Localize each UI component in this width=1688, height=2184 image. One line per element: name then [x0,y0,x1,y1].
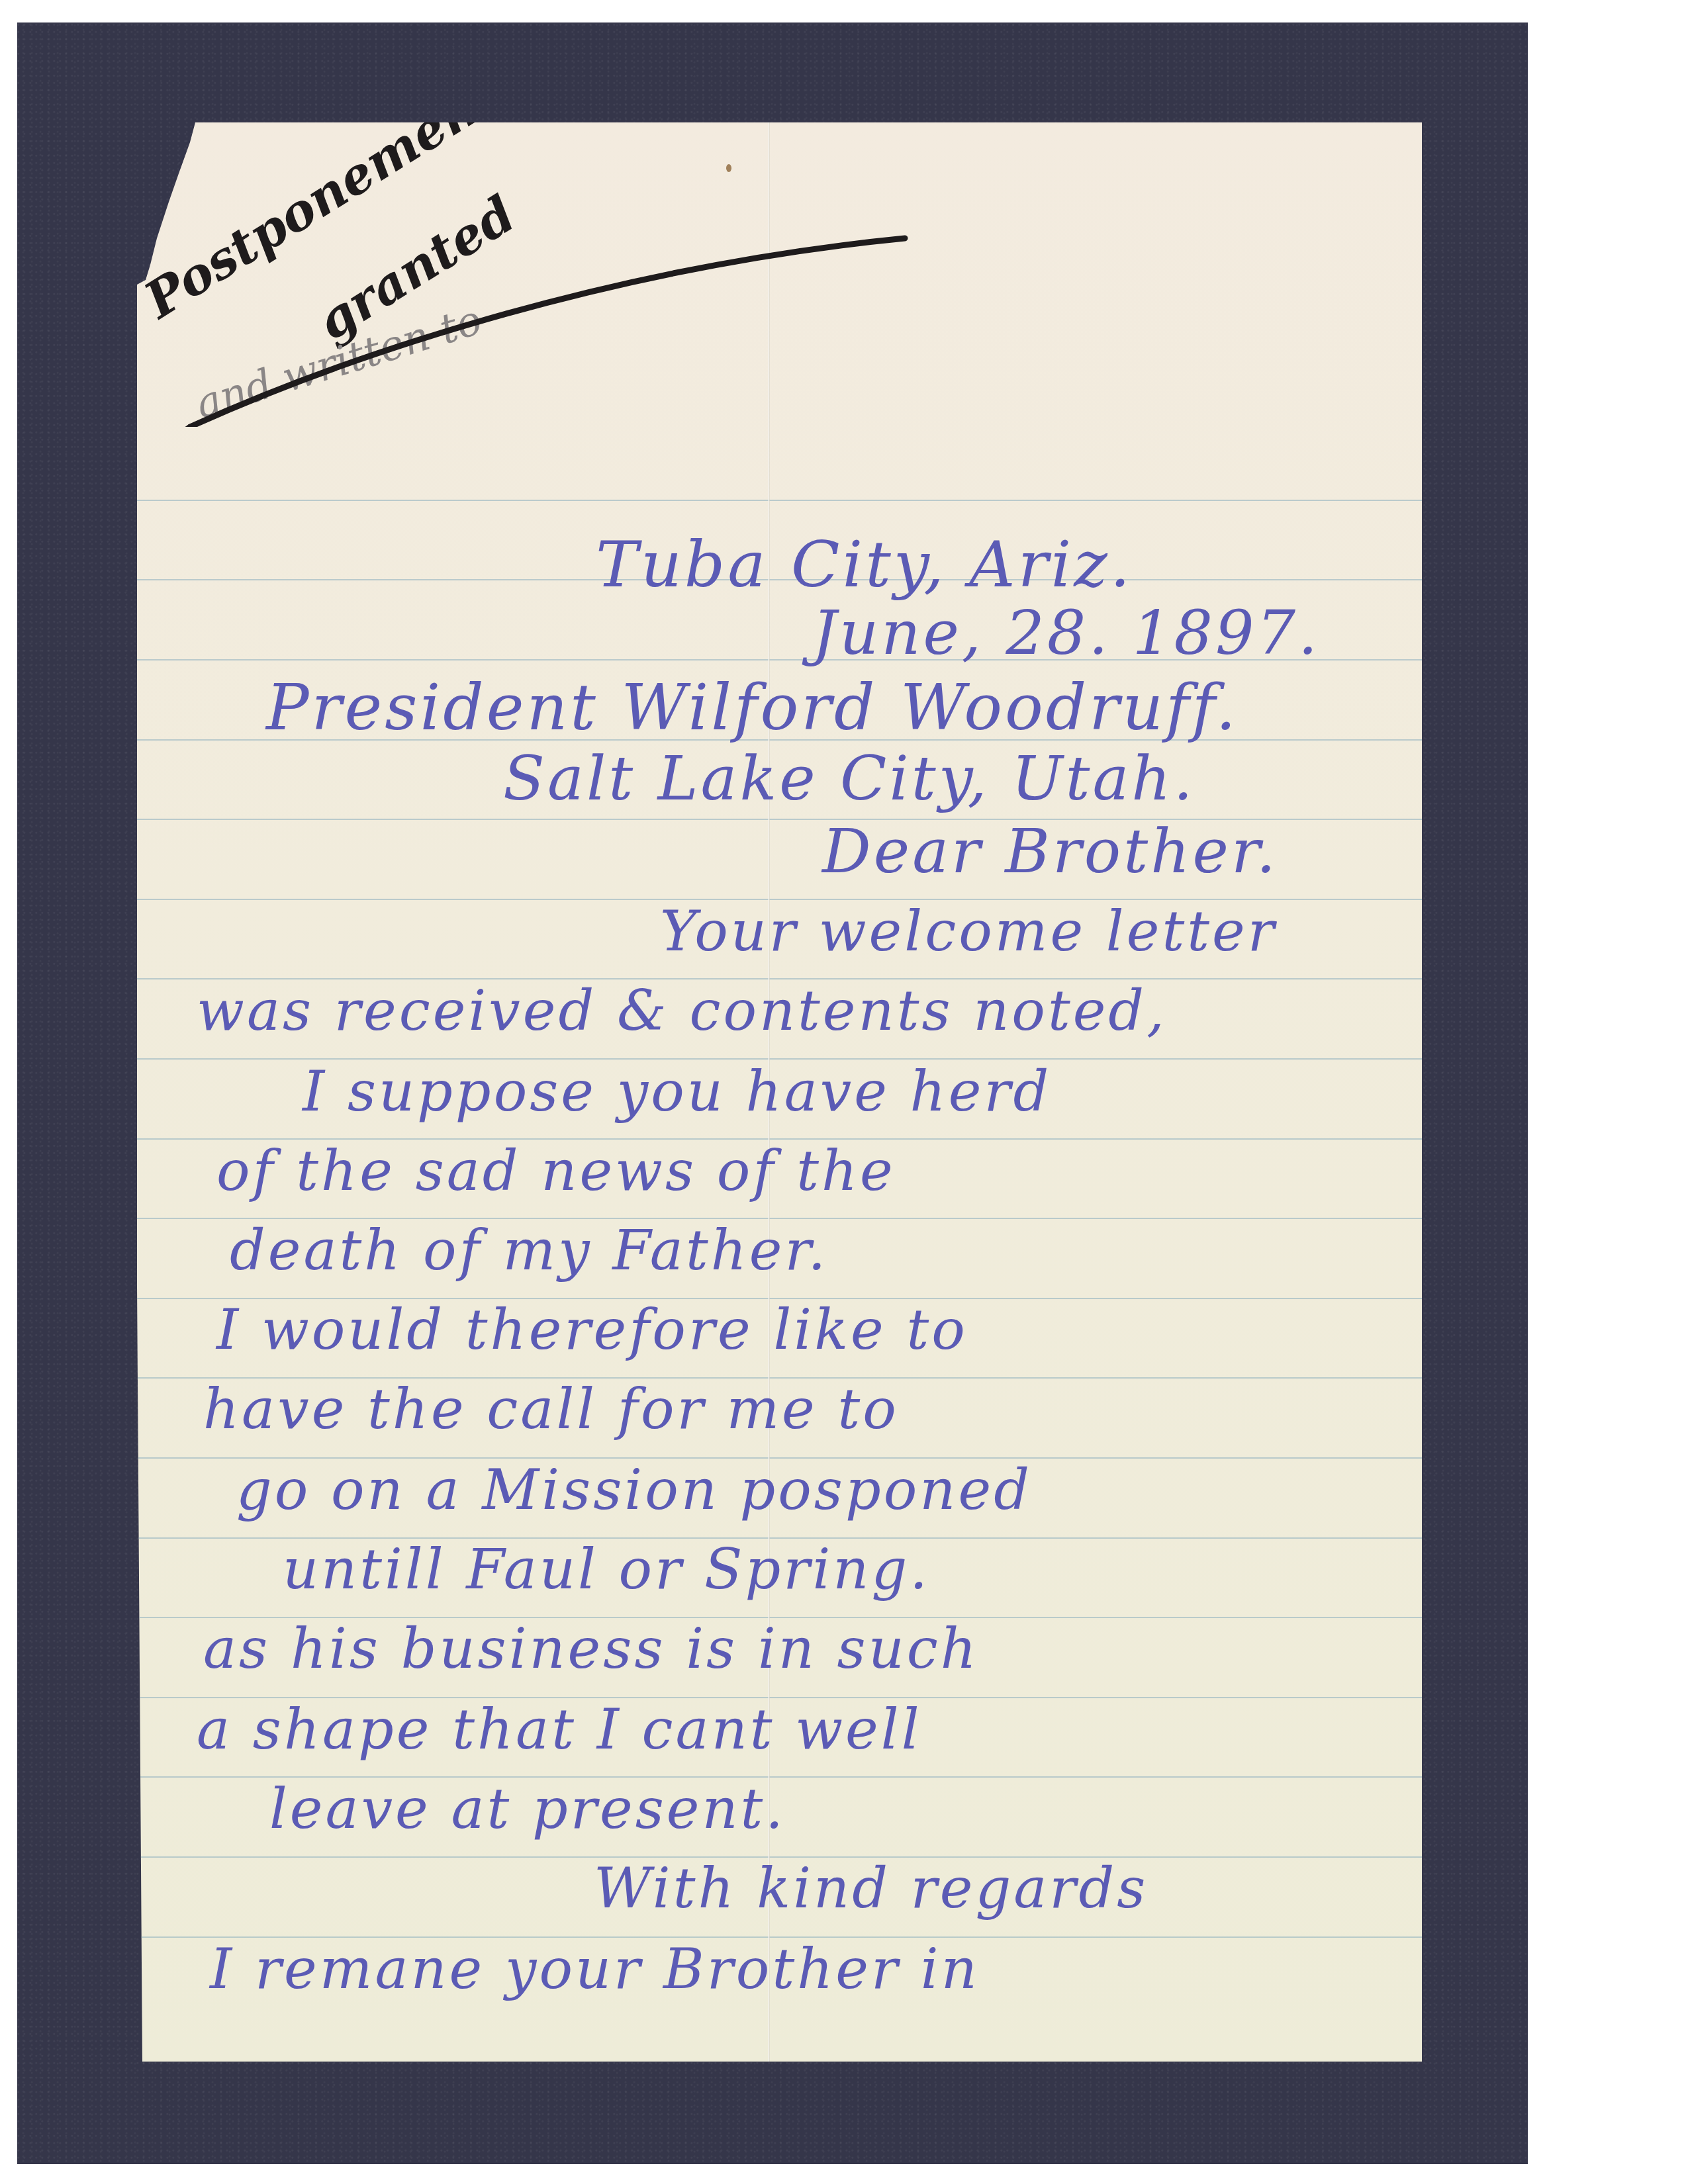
letter-closing-line2: I remane your Brother in [210,1941,980,1997]
letter-closing: With kind regards [594,1860,1148,1916]
annotation-underline [137,162,931,427]
letter-recipient: President Wilford Woodruff. [266,676,1239,739]
letter-recipient-address: Salt Lake City, Utah. [503,749,1196,809]
body-line: of the sad news of the [216,1143,896,1199]
letter-place: Tuba City, Ariz. [596,533,1133,596]
body-line: Your welcome letter [660,903,1277,959]
body-line: untill Faul or Spring. [283,1541,930,1597]
body-line: leave at present. [269,1781,786,1837]
body-line: as his business is in such [203,1621,979,1676]
body-line: I suppose you have herd [303,1064,1051,1119]
body-line: a shape that I cant well [197,1702,922,1757]
ruled-line [137,500,1422,501]
body-line: was received & contents noted, [197,983,1167,1038]
letter-date: June, 28. 1897. [812,603,1320,664]
body-line: go on a Mission posponed [236,1462,1032,1518]
body-line: I would therefore like to [216,1302,968,1357]
letter-page: Postponement granted and written to Tuba… [137,122,1422,2062]
letter-salutation: Dear Brother. [822,821,1278,882]
body-line: have the call for me to [203,1381,899,1437]
body-line: death of my Father. [230,1222,828,1278]
